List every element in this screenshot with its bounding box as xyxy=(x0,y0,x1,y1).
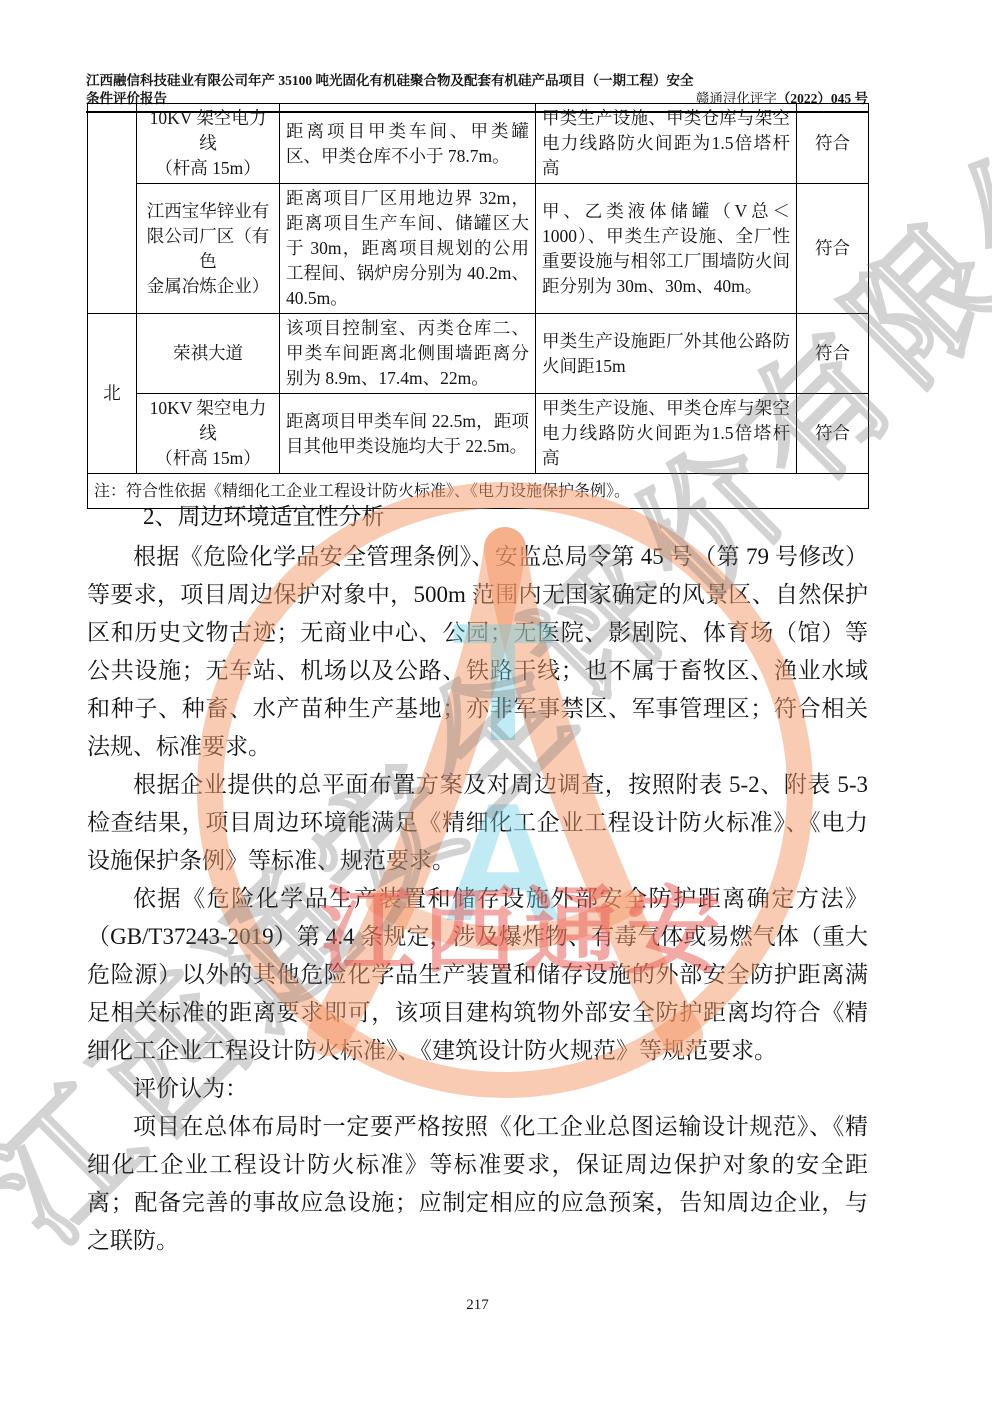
compliance-table: 10KV 架空电力线 （杆高 15m） 距离项目甲类车间、甲类罐区、甲类仓库不小… xyxy=(87,103,869,509)
paragraph: 项目在总体布局时一定要严格按照《化工企业总图运输设计规范》、《精细化工企业工程设… xyxy=(87,1108,868,1260)
facility-name-cell: 江西宝华锌业有 限公司厂区（有色 金属冶炼企业） xyxy=(137,184,280,314)
distance-cell: 距离项目厂区用地边界 32m，距离项目生产车间、储罐区大于 30m，距离项目规划… xyxy=(280,184,536,314)
document-page: 江西融信科技硅业有限公司年产 35100 吨光固化有机硅聚合物及配套有机硅产品项… xyxy=(0,0,992,1403)
conclusion-cell: 符合 xyxy=(797,394,869,474)
distance-cell: 距离项目甲类车间、甲类罐区、甲类仓库不小于 78.7m。 xyxy=(280,104,536,184)
conclusion-cell: 符合 xyxy=(797,184,869,314)
distance-cell: 距离项目甲类车间 22.5m，距项目其他甲类设施均大于 22.5m。 xyxy=(280,394,536,474)
requirement-cell: 甲类生产设施距厂外其他公路防火间距15m xyxy=(536,314,797,394)
table-row: 10KV 架空电力线 （杆高 15m） 距离项目甲类车间 22.5m，距项目其他… xyxy=(88,394,869,474)
body-text: 根据《危险化学品安全管理条例》、安监总局令第 45 号（第 79 号修改）等要求… xyxy=(87,538,868,1260)
requirement-cell: 甲类生产设施、甲类仓库与架空电力线路防火间距为1.5倍塔杆高 xyxy=(536,104,797,184)
section-heading: 2、周边环境适宜性分析 xyxy=(87,499,868,535)
requirement-cell: 甲类生产设施、甲类仓库与架空电力线路防火间距为1.5倍塔杆高 xyxy=(536,394,797,474)
facility-name-cell: 荣祺大道 xyxy=(137,314,280,394)
table-row: 北 荣祺大道 该项目控制室、丙类仓库二、甲类车间距离北侧围墙距离分别为 8.9m… xyxy=(88,314,869,394)
conclusion-cell: 符合 xyxy=(797,314,869,394)
direction-cell xyxy=(88,104,137,314)
paragraph: 根据企业提供的总平面布置方案及对周边调查，按照附表 5-2、附表 5-3 检查结… xyxy=(87,766,868,880)
conclusion-cell: 符合 xyxy=(797,104,869,184)
direction-cell: 北 xyxy=(88,314,137,474)
page-number: 217 xyxy=(87,1297,868,1314)
facility-name-cell: 10KV 架空电力线 （杆高 15m） xyxy=(137,104,280,184)
paragraph: 根据《危险化学品安全管理条例》、安监总局令第 45 号（第 79 号修改）等要求… xyxy=(87,538,868,766)
table-row: 10KV 架空电力线 （杆高 15m） 距离项目甲类车间、甲类罐区、甲类仓库不小… xyxy=(88,104,869,184)
table-row: 江西宝华锌业有 限公司厂区（有色 金属冶炼企业） 距离项目厂区用地边界 32m，… xyxy=(88,184,869,314)
requirement-cell: 甲、乙类液体储罐（V总＜1000）、甲类生产设施、全厂性重要设施与相邻工厂围墙防… xyxy=(536,184,797,314)
paragraph: 依据《危险化学品生产装置和储存设施外部安全防护距离确定方法》（GB/T37243… xyxy=(87,880,868,1070)
paragraph: 评价认为： xyxy=(87,1070,868,1108)
facility-name-cell: 10KV 架空电力线 （杆高 15m） xyxy=(137,394,280,474)
distance-cell: 该项目控制室、丙类仓库二、甲类车间距离北侧围墙距离分别为 8.9m、17.4m、… xyxy=(280,314,536,394)
